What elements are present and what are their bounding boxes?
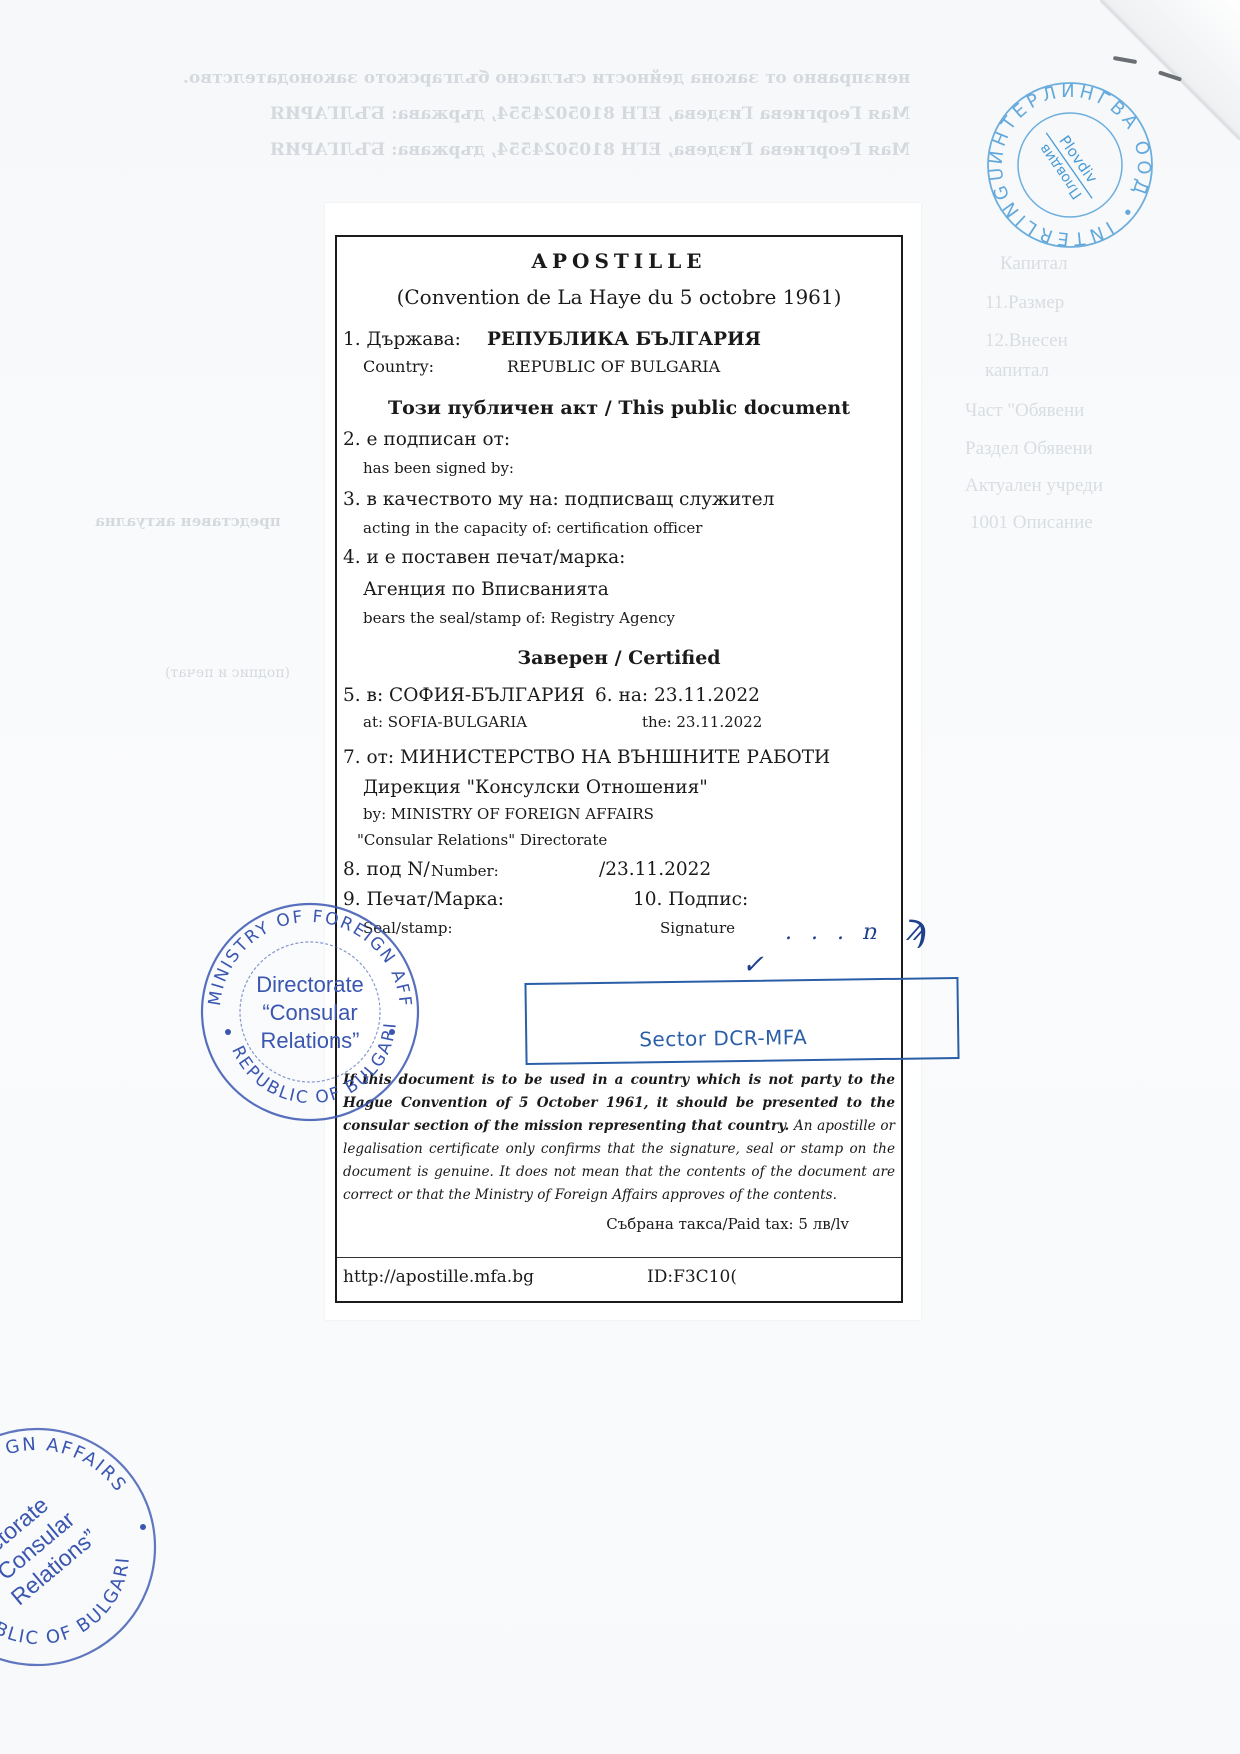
field1-label-en: Country: bbox=[363, 357, 434, 376]
showthrough-line: Мая Георгиева Гиздева, ЕГН 8105024554, д… bbox=[270, 104, 910, 124]
legal-disclaimer: If this document is to be used in a coun… bbox=[343, 1069, 895, 1207]
field4-label-en: bears the seal/stamp of: Registry Agency bbox=[363, 609, 675, 627]
public-document-heading: Този публичен акт / This public document bbox=[337, 397, 901, 419]
ghost-text: 11.Размер bbox=[985, 292, 1064, 314]
field6-label-en: the: 23.11.2022 bbox=[642, 713, 762, 731]
footer-divider bbox=[337, 1257, 901, 1258]
ghost-text: Раздел Обявени bbox=[965, 438, 1093, 460]
field7-label-bg: 7. от: МИНИСТЕРСТВО НА ВЪНШНИТЕ РАБОТИ bbox=[343, 747, 830, 768]
field10-label-bg: 10. Подпис: bbox=[633, 889, 748, 910]
field1-value-bg: РЕПУБЛИКА БЪЛГАРИЯ bbox=[487, 329, 761, 350]
field2-label-bg: 2. е подписан от: bbox=[343, 429, 510, 450]
field4-value-bg: Агенция по Вписванията bbox=[363, 579, 609, 600]
mfa-seal-line3: Relations” bbox=[260, 1028, 359, 1053]
showthrough-caption: (подпис и печат) bbox=[165, 665, 290, 681]
ghost-text: 1001 Описание bbox=[970, 512, 1093, 534]
mfa-seal-line1: Directorate bbox=[256, 972, 364, 997]
mfa-seal: MINISTRY OF FOREIGN AFFAIRS REPUBLIC OF … bbox=[198, 900, 423, 1125]
sector-stamp-text: Sector DCR-MFA bbox=[639, 1025, 807, 1051]
apostille-certificate: APOSTILLE (Convention de La Haye du 5 oc… bbox=[335, 235, 903, 1303]
notary-seal: ИНТЕРЛИНГВА ООД • INTERLINGUA Plovdiv Пл… bbox=[985, 80, 1155, 250]
field8-label-en: Number: bbox=[431, 862, 499, 880]
field5-label-en: at: SOFIA-BULGARIA bbox=[363, 713, 527, 731]
mfa-seal-line2: “Consular bbox=[262, 1000, 357, 1025]
field3-label-en: acting in the capacity of: certification… bbox=[363, 519, 702, 537]
convention-reference: (Convention de La Haye du 5 octobre 1961… bbox=[337, 285, 901, 309]
certified-heading: Заверен / Certified bbox=[337, 647, 901, 669]
showthrough-fragment: представен актуална bbox=[95, 512, 281, 530]
ghost-text: 12.Внесен bbox=[985, 330, 1068, 352]
field2-label-en: has been signed by: bbox=[363, 459, 514, 477]
apostille-title: APOSTILLE bbox=[337, 249, 901, 273]
field10-label-en: Signature bbox=[660, 919, 735, 937]
partial-seal-ring-top: GN AFFAIRS bbox=[3, 1434, 131, 1497]
field6-label-bg: 6. на: 23.11.2022 bbox=[595, 685, 760, 706]
svg-text:GN AFFAIRS: GN AFFAIRS bbox=[3, 1434, 131, 1497]
apostille-id: ID:F3C10( bbox=[647, 1267, 737, 1287]
field7-value-bg: Дирекция "Консулски Отношения" bbox=[363, 777, 708, 798]
sector-stamp: Sector DCR-MFA bbox=[524, 977, 959, 1065]
ghost-text: Част "Обявени bbox=[965, 400, 1084, 422]
field4-label-bg: 4. и е поставен печат/марка: bbox=[343, 547, 625, 568]
signature-check-icon: ✓ bbox=[742, 950, 764, 980]
showthrough-line: Мая Георгиева Гиздева, ЕГН 8105024554, д… bbox=[270, 140, 910, 160]
verification-url[interactable]: http://apostille.mfa.bg bbox=[343, 1267, 534, 1287]
ghost-text: Актуален учреди bbox=[965, 475, 1103, 497]
field1-label-bg: 1. Държава: bbox=[343, 329, 461, 350]
ghost-text: Капитал bbox=[1000, 253, 1068, 275]
signature-flourish: ϡ bbox=[905, 905, 927, 949]
ghost-text: капитал bbox=[985, 360, 1049, 382]
paid-tax: Събрана такса/Paid tax: 5 лв/lv bbox=[606, 1215, 849, 1233]
field8-value: /23.11.2022 bbox=[599, 859, 711, 880]
field1-value-en: REPUBLIC OF BULGARIA bbox=[507, 357, 720, 376]
mfa-seal-partial: GN AFFAIRS REPUBLIC OF BULGARIA ctorate … bbox=[0, 1425, 160, 1670]
field8-label-bg: 8. под N/ bbox=[343, 859, 430, 880]
field5-label-bg: 5. в: СОФИЯ-БЪЛГАРИЯ bbox=[343, 685, 585, 706]
field7-value-en: "Consular Relations" Directorate bbox=[357, 831, 607, 849]
signature-mark: . . . ռ bbox=[785, 920, 883, 945]
showthrough-line: неизправно от закона дейности съгласно б… bbox=[183, 68, 910, 88]
field7-label-en: by: MINISTRY OF FOREIGN AFFAIRS bbox=[363, 805, 654, 823]
field3-label-bg: 3. в качеството му на: подписващ служите… bbox=[343, 489, 774, 510]
